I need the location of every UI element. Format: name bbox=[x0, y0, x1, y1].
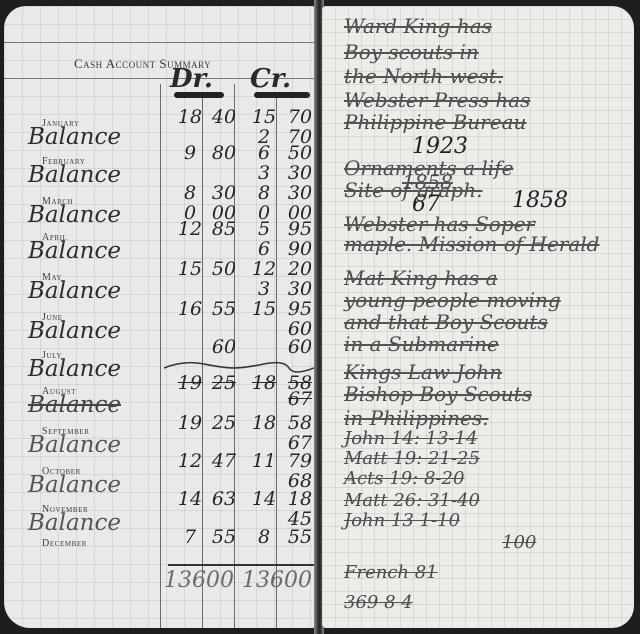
credit-dollars: 3 bbox=[244, 278, 284, 300]
handwritten-note-line: young people moving bbox=[344, 288, 561, 312]
credit-cents: 70 bbox=[280, 106, 316, 128]
credit-dollars: 8 bbox=[244, 182, 284, 204]
handwritten-note-line: Boy scouts in bbox=[344, 40, 479, 64]
total-credit-cents: 00 bbox=[278, 568, 316, 593]
handwritten-note-line: and that Boy Scouts bbox=[344, 310, 548, 334]
debit-cents: 40 bbox=[204, 106, 244, 128]
credit-cents: 30 bbox=[280, 278, 316, 300]
handwritten-note-line: French 81 bbox=[344, 562, 438, 583]
balance-label: Balance bbox=[28, 162, 121, 188]
debit-cents: 60 bbox=[204, 336, 244, 358]
debit-cents: 25 bbox=[204, 412, 244, 434]
handwritten-note-line: Webster Press has bbox=[344, 88, 530, 112]
credit-cents: 20 bbox=[280, 258, 316, 280]
balance-label: Balance bbox=[28, 432, 121, 458]
month-label-december: December bbox=[42, 538, 87, 549]
handwritten-note-line: Ward King has bbox=[344, 14, 492, 38]
credit-underline bbox=[254, 92, 310, 98]
credit-cents: 50 bbox=[280, 142, 316, 164]
handwritten-note-line: Kings Law John bbox=[344, 360, 502, 384]
debit-cents: 80 bbox=[204, 142, 244, 164]
balance-label: Balance bbox=[28, 202, 121, 228]
balance-label: Balance bbox=[28, 278, 121, 304]
handwritten-note-line: Mat King has a bbox=[344, 266, 498, 290]
handwritten-note-line: in a Submarine bbox=[344, 332, 499, 356]
balance-label: Balance bbox=[28, 510, 121, 536]
credit-dollars: 6 bbox=[244, 142, 284, 164]
credit-cents: 90 bbox=[280, 238, 316, 260]
total-credit-dollars: 136 bbox=[242, 568, 282, 593]
handwritten-note-line: Matt 19: 21-25 bbox=[344, 448, 480, 469]
credit-cents: 30 bbox=[280, 182, 316, 204]
balance-label: Balance bbox=[28, 238, 121, 264]
handwritten-note-line: Matt 26: 31-40 bbox=[344, 490, 480, 511]
credit-cents: 67 bbox=[280, 388, 316, 410]
balance-label: Balance bbox=[28, 392, 121, 418]
handwritten-note-line: 369 8 4 bbox=[344, 592, 413, 613]
balance-label: Balance bbox=[28, 124, 121, 150]
balance-label: Balance bbox=[28, 318, 121, 344]
handwritten-note-line: 1858 bbox=[512, 188, 568, 213]
debit-cents: 85 bbox=[204, 218, 244, 240]
notes-page: Ward King hasBoy scouts inthe North west… bbox=[322, 6, 634, 628]
wavy-separator bbox=[164, 356, 314, 376]
total-debit-dollars: 136 bbox=[164, 568, 204, 593]
handwritten-note-line: Bishop Boy Scouts bbox=[344, 382, 532, 406]
credit-dollars: 14 bbox=[244, 488, 284, 510]
credit-dollars: 5 bbox=[244, 218, 284, 240]
debit-column-header: Dr. bbox=[170, 64, 213, 94]
credit-cents: 79 bbox=[280, 450, 316, 472]
credit-cents: 95 bbox=[280, 298, 316, 320]
credit-dollars: 6 bbox=[244, 238, 284, 260]
balance-label: Balance bbox=[28, 472, 121, 498]
handwritten-note-line: John 13 1-10 bbox=[344, 510, 460, 531]
column-line bbox=[160, 84, 161, 628]
credit-cents: 55 bbox=[280, 526, 316, 548]
handwritten-note-line: John 14: 13-14 bbox=[344, 428, 478, 449]
handwritten-note-line: in Philippines. bbox=[344, 406, 489, 430]
balance-label: Balance bbox=[28, 356, 121, 382]
credit-column-header: Cr. bbox=[250, 64, 291, 94]
debit-cents: 50 bbox=[204, 258, 244, 280]
debit-cents: 30 bbox=[204, 182, 244, 204]
cash-account-page: Cash Account Summary Dr. Cr. JanuaryBala… bbox=[4, 6, 316, 628]
debit-underline bbox=[174, 92, 224, 98]
credit-dollars: 12 bbox=[244, 258, 284, 280]
credit-dollars: 3 bbox=[244, 162, 284, 184]
credit-dollars: 8 bbox=[244, 526, 284, 548]
handwritten-note-line: the North west. bbox=[344, 64, 503, 88]
total-rule bbox=[168, 564, 316, 566]
debit-cents: 55 bbox=[204, 526, 244, 548]
credit-dollars: 15 bbox=[244, 106, 284, 128]
credit-dollars: 15 bbox=[244, 298, 284, 320]
credit-cents: 18 bbox=[280, 488, 316, 510]
debit-cents: 47 bbox=[204, 450, 244, 472]
credit-dollars: 18 bbox=[244, 412, 284, 434]
handwritten-note-line: Philippine Bureau bbox=[344, 110, 526, 134]
handwritten-note-line: maple. Mission of Herald bbox=[344, 232, 599, 256]
credit-cents: 60 bbox=[280, 336, 316, 358]
debit-cents: 55 bbox=[204, 298, 244, 320]
credit-cents: 95 bbox=[280, 218, 316, 240]
debit-cents: 63 bbox=[204, 488, 244, 510]
notebook-photo: Cash Account Summary Dr. Cr. JanuaryBala… bbox=[0, 0, 640, 634]
credit-dollars: 11 bbox=[244, 450, 284, 472]
credit-cents: 30 bbox=[280, 162, 316, 184]
handwritten-note-line: 100 bbox=[502, 532, 536, 553]
total-debit-cents: 00 bbox=[200, 568, 240, 593]
header-rule-top bbox=[4, 42, 316, 43]
credit-cents: 58 bbox=[280, 412, 316, 434]
handwritten-note-line: Acts 19: 8-20 bbox=[344, 468, 464, 489]
